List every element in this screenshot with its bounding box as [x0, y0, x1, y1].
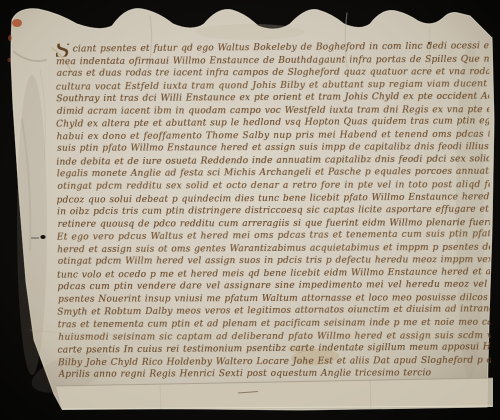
illuminated-initial: S [56, 41, 71, 57]
charter-line-text: ciant psentes et futur qd ego Waltus Bok… [73, 41, 489, 55]
charter-text: S ciant psentes et futur qd ego Waltus B… [56, 41, 491, 386]
manuscript-photograph: S ciant psentes et futur qd ego Waltus B… [0, 0, 500, 420]
charter-text-line: Aprilis anno regni Regis Henrici Sexti p… [58, 367, 491, 381]
